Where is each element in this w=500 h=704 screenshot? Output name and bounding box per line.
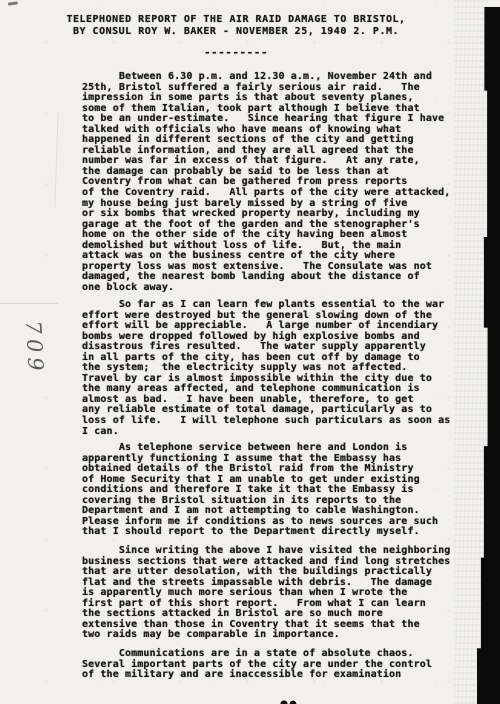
paragraph-communications: Communications are in a state of absolut… [82,649,432,681]
scan-line-left [0,303,58,304]
paragraph-damage-assessment: So far as I can learn few plants essenti… [82,300,450,437]
title-separator: --------- [0,46,472,59]
paragraph-site-visit: Since writing the above I have visited t… [82,546,450,641]
paragraph-embassy-reporting: As telephone service between here and Lo… [82,443,438,538]
handwritten-page-number: 709 [21,320,48,376]
title-line-2: BY CONSUL ROY W. BAKER - NOVEMBER 25, 19… [0,26,472,38]
partial-footer-mark [280,696,297,704]
title-line-1: TELEPHONED REPORT OF THE AIR RAID DAMAGE… [0,14,472,26]
document-title: TELEPHONED REPORT OF THE AIR RAID DAMAGE… [0,14,472,37]
paragraph-raid-overview: Between 6.30 p.m. and 12.30 a.m., Novemb… [82,72,450,293]
